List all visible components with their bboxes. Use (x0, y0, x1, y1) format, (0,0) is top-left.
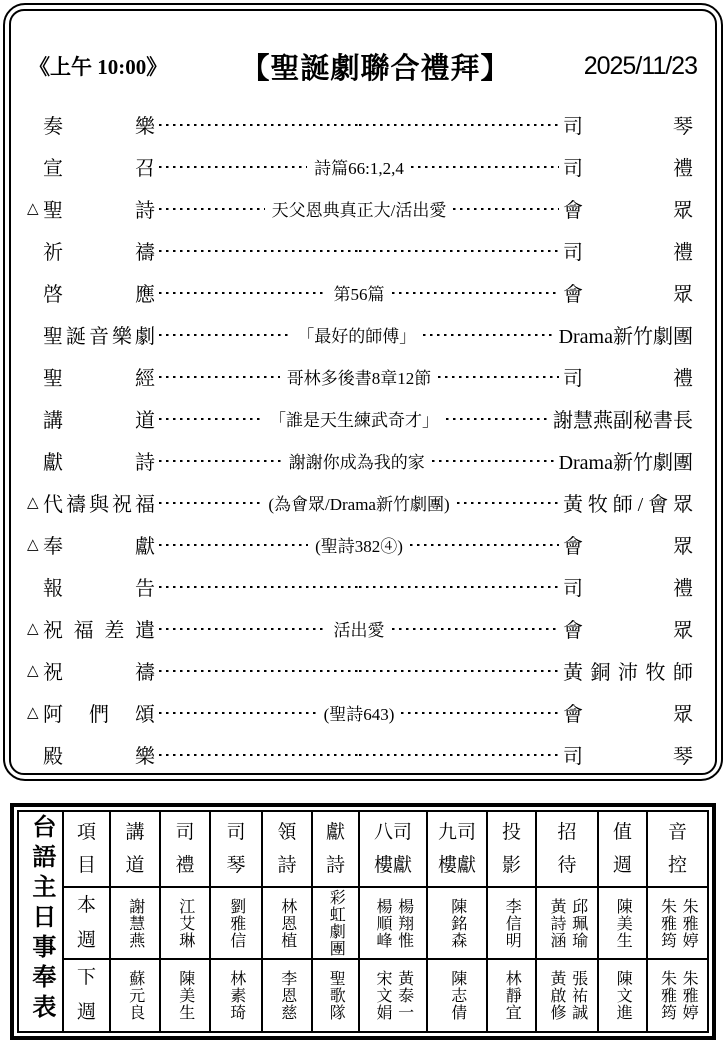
program-row: 殿樂司琴 (21, 733, 703, 775)
leader-dots (159, 544, 308, 547)
program-row: 祈禱司禮 (21, 229, 703, 271)
duty-cell: 邱珮瑜 黃詩涵 (536, 887, 598, 959)
program-assignee: 司禮 (563, 236, 693, 265)
kneel-mark: △ (27, 703, 43, 722)
program-assignee: 司禮 (563, 362, 693, 391)
leader-dots (359, 124, 559, 127)
program-row: 講道「誰是天生練武奇才」謝慧燕副秘書長 (21, 397, 703, 439)
leader-dots (159, 292, 327, 295)
leader-dots (410, 544, 559, 547)
leader-dots (411, 166, 559, 169)
leader-dots (457, 502, 559, 505)
duty-cell: 李信明 (487, 887, 536, 959)
duty-cell: 陳銘森 (427, 887, 487, 959)
duty-cell: 黃泰一 宋文娟 (359, 959, 427, 1031)
duty-cell: 陳志倩 (427, 959, 487, 1031)
program-item-label: 阿們頌 (43, 698, 155, 727)
duty-row-label: 本 週 (63, 887, 110, 959)
kneel-mark: △ (27, 661, 43, 680)
program-item-label: 代禱與祝福 (43, 488, 155, 517)
program-row: △阿們頌(聖詩643)會眾 (21, 691, 703, 733)
duty-roster-section: 台語主日事奉表 項 目 講 道 司 禮 司 琴 領 詩 獻 詩 八司 樓獻 九司… (10, 803, 716, 1040)
duty-table-title-cell: 台語主日事奉表 (18, 811, 63, 1032)
duty-col-ushers: 招 待 (536, 811, 598, 887)
duty-cell: 陳文進 (598, 959, 647, 1031)
dotted-leader (159, 248, 559, 253)
program-center-text: (聖詩643) (317, 700, 402, 725)
kneel-mark: △ (27, 535, 43, 554)
leader-dots (423, 334, 554, 337)
program-item-label: 聖誕音樂劇 (43, 320, 155, 349)
duty-cell: 李恩慈 (262, 959, 312, 1031)
program-assignee: 謝慧燕副秘書長 (553, 404, 693, 433)
leader-dots (159, 670, 359, 673)
program-assignee: 司琴 (563, 740, 693, 769)
program-assignee: 司禮 (563, 152, 693, 181)
program-center-text: 哥林多後書8章12節 (280, 364, 439, 389)
program-row: △祝福差遣活出愛會眾 (21, 607, 703, 649)
program-assignee: 黃銅沛牧師 (563, 656, 693, 685)
duty-cell: 朱雅婷 朱雅筠 (647, 887, 708, 959)
duty-col-sermon: 講 道 (110, 811, 160, 887)
program-row: 聖誕音樂劇「最好的師傅」Drama新竹劇團 (21, 313, 703, 355)
program-center-text: 「誰是天生練武奇才」 (262, 406, 446, 431)
dotted-leader: 詩篇66:1,2,4 (159, 154, 559, 179)
program-item-label: 祈禱 (43, 236, 155, 265)
duty-header-row: 台語主日事奉表 項 目 講 道 司 禮 司 琴 領 詩 獻 詩 八司 樓獻 九司… (18, 811, 708, 887)
leader-dots (392, 628, 560, 631)
worship-program-sheet: 《上午 10:00》 【聖誕劇聯合禮拜】 2025/11/23 奏樂司琴 宣召詩… (3, 3, 723, 781)
duty-col-week-duty: 值 週 (598, 811, 647, 887)
program-item-label: 啓應 (43, 278, 155, 307)
leader-dots (392, 292, 560, 295)
dotted-leader: (聖詩643) (159, 700, 559, 725)
leader-dots (159, 124, 359, 127)
duty-cell: 蘇元良 (110, 959, 160, 1031)
leader-dots (401, 712, 559, 715)
bulletin-header: 《上午 10:00》 【聖誕劇聯合禮拜】 2025/11/23 (21, 31, 703, 93)
program-item-label: 殿樂 (43, 740, 155, 769)
leader-dots (438, 376, 559, 379)
leader-dots (359, 250, 559, 253)
program-row: △祝禱黃銅沛牧師 (21, 649, 703, 691)
leader-dots (159, 208, 265, 211)
kneel-mark: △ (27, 199, 43, 218)
program-item-label: 奉獻 (43, 530, 155, 559)
program-center-text: 謝謝你成為我的家 (282, 448, 432, 473)
leader-dots (359, 670, 559, 673)
program-item-label: 講道 (43, 404, 155, 433)
duty-cell: 林素琦 (210, 959, 262, 1031)
duty-col-audio: 音 控 (647, 811, 708, 887)
duty-row-this-week: 本 週 謝慧燕 江艾琳 劉雅信 林恩植 彩虹劇團 楊翔惟 楊順峰 陳銘森 李信明… (18, 887, 708, 959)
service-date: 2025/11/23 (584, 52, 697, 81)
duty-col-item: 項 目 (63, 811, 110, 887)
dotted-leader (159, 668, 559, 673)
program-assignee: 司禮 (563, 572, 693, 601)
duty-cell: 陳美生 (160, 959, 210, 1031)
program-assignee: 會眾 (563, 530, 693, 559)
program-center-text: (聖詩382④) (308, 532, 410, 557)
program-center-text: 天父恩典真正大/活出愛 (265, 196, 454, 221)
dotted-leader (159, 584, 559, 589)
leader-dots (359, 754, 559, 757)
program-item-label: 聖詩 (43, 194, 155, 223)
leader-dots (159, 586, 359, 589)
kneel-mark: △ (27, 619, 43, 638)
leader-dots (159, 712, 317, 715)
duty-col-pianist: 司 琴 (210, 811, 262, 887)
program-row: △代禱與祝福(為會眾/Drama新竹劇團)黃牧師/會眾 (21, 481, 703, 523)
duty-cell: 聖歌隊 (312, 959, 359, 1031)
duty-roster-table: 台語主日事奉表 項 目 講 道 司 禮 司 琴 領 詩 獻 詩 八司 樓獻 九司… (17, 810, 709, 1033)
program-center-text: (為會眾/Drama新竹劇團) (261, 490, 456, 515)
dotted-leader: (為會眾/Drama新竹劇團) (159, 490, 559, 515)
duty-col-song-leader: 領 詩 (262, 811, 312, 887)
dotted-leader: 哥林多後書8章12節 (159, 364, 559, 389)
program-assignee: 會眾 (563, 194, 693, 223)
program-item-label: 獻詩 (43, 446, 155, 475)
program-row: △聖詩天父恩典真正大/活出愛會眾 (21, 187, 703, 229)
program-center-text: 詩篇66:1,2,4 (307, 154, 411, 179)
duty-cell: 陳美生 (598, 887, 647, 959)
duty-cell: 謝慧燕 (110, 887, 160, 959)
duty-col-anthem: 獻 詩 (312, 811, 359, 887)
page-title: 【聖誕劇聯合禮拜】 (240, 46, 510, 87)
leader-dots (159, 166, 307, 169)
program-center-text: 「最好的師傅」 (290, 322, 423, 347)
duty-cell: 林靜宜 (487, 959, 536, 1031)
leader-dots (159, 376, 280, 379)
leader-dots (359, 586, 559, 589)
program-assignee: 會眾 (563, 278, 693, 307)
program-row: 啓應第56篇會眾 (21, 271, 703, 313)
leader-dots (432, 460, 555, 463)
dotted-leader: 天父恩典真正大/活出愛 (159, 196, 559, 221)
program-item-label: 奏樂 (43, 110, 155, 139)
worship-program-inner-border: 《上午 10:00》 【聖誕劇聯合禮拜】 2025/11/23 奏樂司琴 宣召詩… (9, 9, 717, 775)
leader-dots (159, 754, 359, 757)
program-list: 奏樂司琴 宣召詩篇66:1,2,4司禮 △聖詩天父恩典真正大/活出愛會眾 祈禱司… (21, 103, 703, 775)
program-row: △奉獻(聖詩382④)會眾 (21, 523, 703, 565)
leader-dots (159, 502, 261, 505)
program-center-text: 活出愛 (327, 616, 392, 641)
dotted-leader: 第56篇 (159, 280, 559, 305)
duty-table-title: 台語主日事奉表 (26, 814, 55, 1024)
duty-cell: 張祐誠 黃啟修 (536, 959, 598, 1031)
leader-dots (453, 208, 559, 211)
program-center-text: 第56篇 (327, 280, 392, 305)
program-assignee: Drama新竹劇團 (559, 320, 693, 349)
duty-row-label: 下 週 (63, 959, 110, 1031)
dotted-leader: 「誰是天生練武奇才」 (159, 406, 549, 431)
dotted-leader: 謝謝你成為我的家 (159, 448, 555, 473)
program-row: 聖經哥林多後書8章12節司禮 (21, 355, 703, 397)
program-assignee: 會眾 (563, 698, 693, 727)
program-assignee: 黃牧師/會眾 (563, 488, 693, 517)
duty-col-projection: 投 影 (487, 811, 536, 887)
program-assignee: Drama新竹劇團 (559, 446, 693, 475)
dotted-leader: (聖詩382④) (159, 532, 559, 557)
duty-cell: 楊翔惟 楊順峰 (359, 887, 427, 959)
dotted-leader (159, 752, 559, 757)
leader-dots (159, 460, 282, 463)
duty-col-offering-8: 八司 樓獻 (359, 811, 427, 887)
program-item-label: 報告 (43, 572, 155, 601)
duty-row-next-week: 下 週 蘇元良 陳美生 林素琦 李恩慈 聖歌隊 黃泰一 宋文娟 陳志倩 林靜宜 … (18, 959, 708, 1031)
dotted-leader (159, 122, 559, 127)
leader-dots (159, 250, 359, 253)
program-assignee: 會眾 (563, 614, 693, 643)
leader-dots (159, 628, 327, 631)
program-item-label: 祝福差遣 (43, 614, 155, 643)
program-item-label: 宣召 (43, 152, 155, 181)
kneel-mark: △ (27, 493, 43, 512)
program-row: 宣召詩篇66:1,2,4司禮 (21, 145, 703, 187)
duty-cell: 江艾琳 (160, 887, 210, 959)
service-time: 《上午 10:00》 (29, 51, 167, 81)
leader-dots (159, 418, 262, 421)
program-row: 獻詩謝謝你成為我的家Drama新竹劇團 (21, 439, 703, 481)
program-row: 奏樂司琴 (21, 103, 703, 145)
program-item-label: 聖經 (43, 362, 155, 391)
duty-col-offering-9: 九司 樓獻 (427, 811, 487, 887)
dotted-leader: 活出愛 (159, 616, 559, 641)
program-assignee: 司琴 (563, 110, 693, 139)
leader-dots (446, 418, 549, 421)
duty-col-liturgist: 司 禮 (160, 811, 210, 887)
duty-cell: 彩虹劇團 (312, 887, 359, 959)
dotted-leader: 「最好的師傅」 (159, 322, 555, 347)
program-row: 報告司禮 (21, 565, 703, 607)
duty-cell: 朱雅婷 朱雅筠 (647, 959, 708, 1031)
leader-dots (159, 334, 290, 337)
program-item-label: 祝禱 (43, 656, 155, 685)
duty-cell: 林恩植 (262, 887, 312, 959)
duty-cell: 劉雅信 (210, 887, 262, 959)
